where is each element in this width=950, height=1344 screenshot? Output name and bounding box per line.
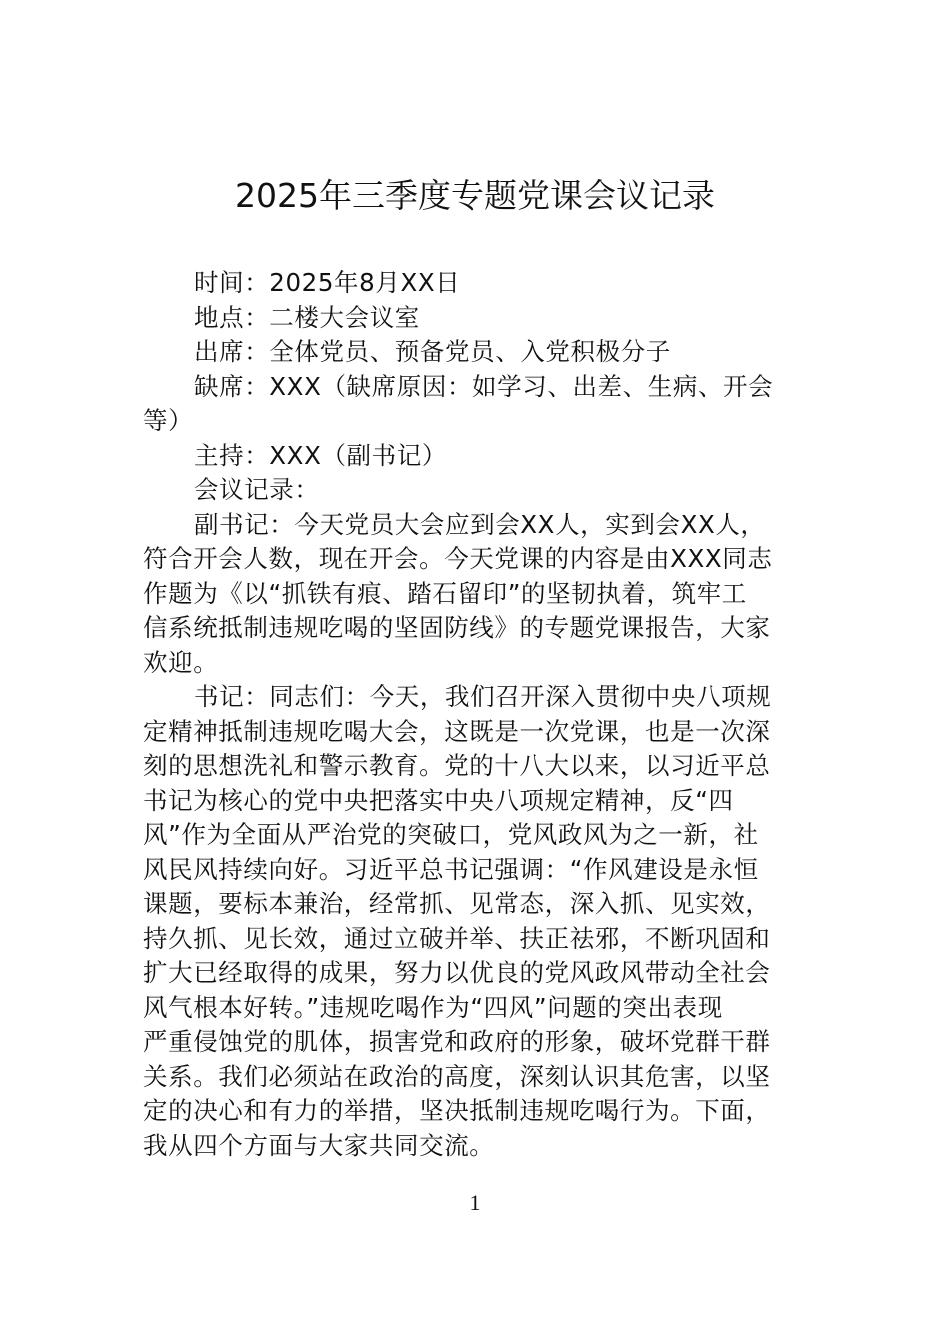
paragraph-line: 严重侵蚀党的肌体，损害党和政府的形象，破坏党群干群 xyxy=(143,1025,813,1060)
paragraph-line: 符合开会人数，现在开会。今天党课的内容是由XXX同志 xyxy=(143,542,813,577)
paragraph-line: 持久抓、见长效，通过立破并举、扶正祛邪，不断巩固和 xyxy=(143,922,813,957)
paragraph-line: 风民风持续向好。习近平总书记强调：“作风建设是永恒 xyxy=(143,853,813,888)
meta-time: 时间：2025年8月XX日 xyxy=(143,266,813,301)
paragraph-line: 扩大已经取得的成果，努力以优良的党风政风带动全社会 xyxy=(143,956,813,991)
meta-location: 地点：二楼大会议室 xyxy=(143,301,813,336)
paragraph-line: 作题为《以“抓铁有痕、踏石留印”的坚韧执着，筑牢工 xyxy=(143,577,813,612)
document-page: 2025年三季度专题党课会议记录 时间：2025年8月XX日 地点：二楼大会议室… xyxy=(0,0,950,1344)
meta-record-label: 会议记录： xyxy=(143,473,813,508)
paragraph-line: 副书记：今天党员大会应到会XX人，实到会XX人， xyxy=(143,508,813,543)
paragraph-secretary: 书记：同志们：今天，我们召开深入贯彻中央八项规 定精神抵制违规吃喝大会，这既是一… xyxy=(143,680,813,1163)
paragraph-line: 定精神抵制违规吃喝大会，这既是一次党课，也是一次深 xyxy=(143,715,813,750)
paragraph-line: 风”作为全面从严治党的突破口，党风政风为之一新，社 xyxy=(143,818,813,853)
paragraph-line: 刻的思想洗礼和警示教育。党的十八大以来，以习近平总 xyxy=(143,749,813,784)
page-number: 1 xyxy=(0,1189,950,1217)
document-title: 2025年三季度专题党课会议记录 xyxy=(0,174,950,218)
paragraph-line: 信系统抵制违规吃喝的坚固防线》的专题党课报告，大家 xyxy=(143,611,813,646)
meta-host: 主持：XXX（副书记） xyxy=(143,439,813,474)
paragraph-line: 书记：同志们：今天，我们召开深入贯彻中央八项规 xyxy=(143,680,813,715)
paragraph-line: 定的决心和有力的举措，坚决抵制违规吃喝行为。下面， xyxy=(143,1094,813,1129)
paragraph-line: 欢迎。 xyxy=(143,646,813,681)
meta-absent-continued: 等） xyxy=(143,404,813,439)
paragraph-line: 书记为核心的党中央把落实中央八项规定精神，反“四 xyxy=(143,784,813,819)
paragraph-deputy-secretary: 副书记：今天党员大会应到会XX人，实到会XX人， 符合开会人数，现在开会。今天党… xyxy=(143,508,813,681)
paragraph-line: 我从四个方面与大家共同交流。 xyxy=(143,1129,813,1164)
paragraph-line: 课题，要标本兼治，经常抓、见常态，深入抓、见实效， xyxy=(143,887,813,922)
paragraph-line: 风气根本好转。”违规吃喝作为“四风”问题的突出表现 xyxy=(143,991,813,1026)
document-body: 时间：2025年8月XX日 地点：二楼大会议室 出席：全体党员、预备党员、入党积… xyxy=(143,266,813,1163)
paragraph-line: 关系。我们必须站在政治的高度，深刻认识其危害，以坚 xyxy=(143,1060,813,1095)
meta-attendees: 出席：全体党员、预备党员、入党积极分子 xyxy=(143,335,813,370)
meta-absent: 缺席：XXX（缺席原因：如学习、出差、生病、开会 xyxy=(143,370,813,405)
